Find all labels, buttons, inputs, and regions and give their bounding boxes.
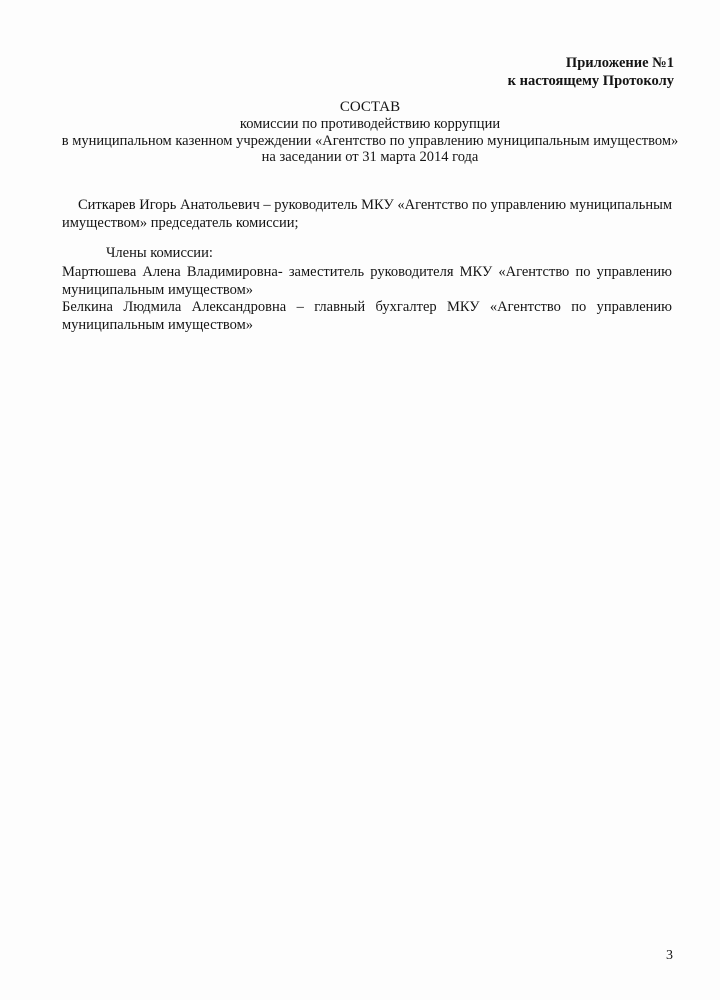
page-number: 3 [666, 948, 673, 964]
member-line-1: Белкина Людмила Александровна – главный … [62, 299, 672, 317]
chairman-line-1: Ситкарев Игорь Анатольевич – руководител… [62, 197, 672, 215]
title-date: на заседании от 31 марта 2014 года [40, 149, 700, 166]
member-item: Мартюшева Алена Владимировна- заместител… [62, 264, 672, 299]
member-item: Белкина Людмила Александровна – главный … [62, 299, 672, 334]
title-main: СОСТАВ [40, 99, 700, 116]
members-label: Члены комиссии: [106, 245, 213, 263]
document-title: СОСТАВ комиссии по противодействию корру… [40, 99, 700, 166]
appendix-reference: к настоящему Протоколу [508, 72, 674, 90]
members-list: Мартюшева Алена Владимировна- заместител… [62, 264, 672, 334]
member-line-1: Мартюшева Алена Владимировна- заместител… [62, 264, 672, 282]
member-line-2: муниципальным имуществом» [62, 317, 672, 335]
appendix-number: Приложение №1 [508, 54, 674, 72]
title-organization: в муниципальном казенном учреждении «Аге… [40, 133, 700, 150]
appendix-header: Приложение №1 к настоящему Протоколу [508, 54, 674, 90]
chairman-paragraph: Ситкарев Игорь Анатольевич – руководител… [62, 197, 672, 232]
member-line-2: муниципальным имуществом» [62, 282, 672, 300]
document-page: Приложение №1 к настоящему Протоколу СОС… [0, 0, 720, 1000]
chairman-line-2: имуществом» председатель комиссии; [62, 215, 299, 231]
title-subtitle: комиссии по противодействию коррупции [40, 116, 700, 133]
